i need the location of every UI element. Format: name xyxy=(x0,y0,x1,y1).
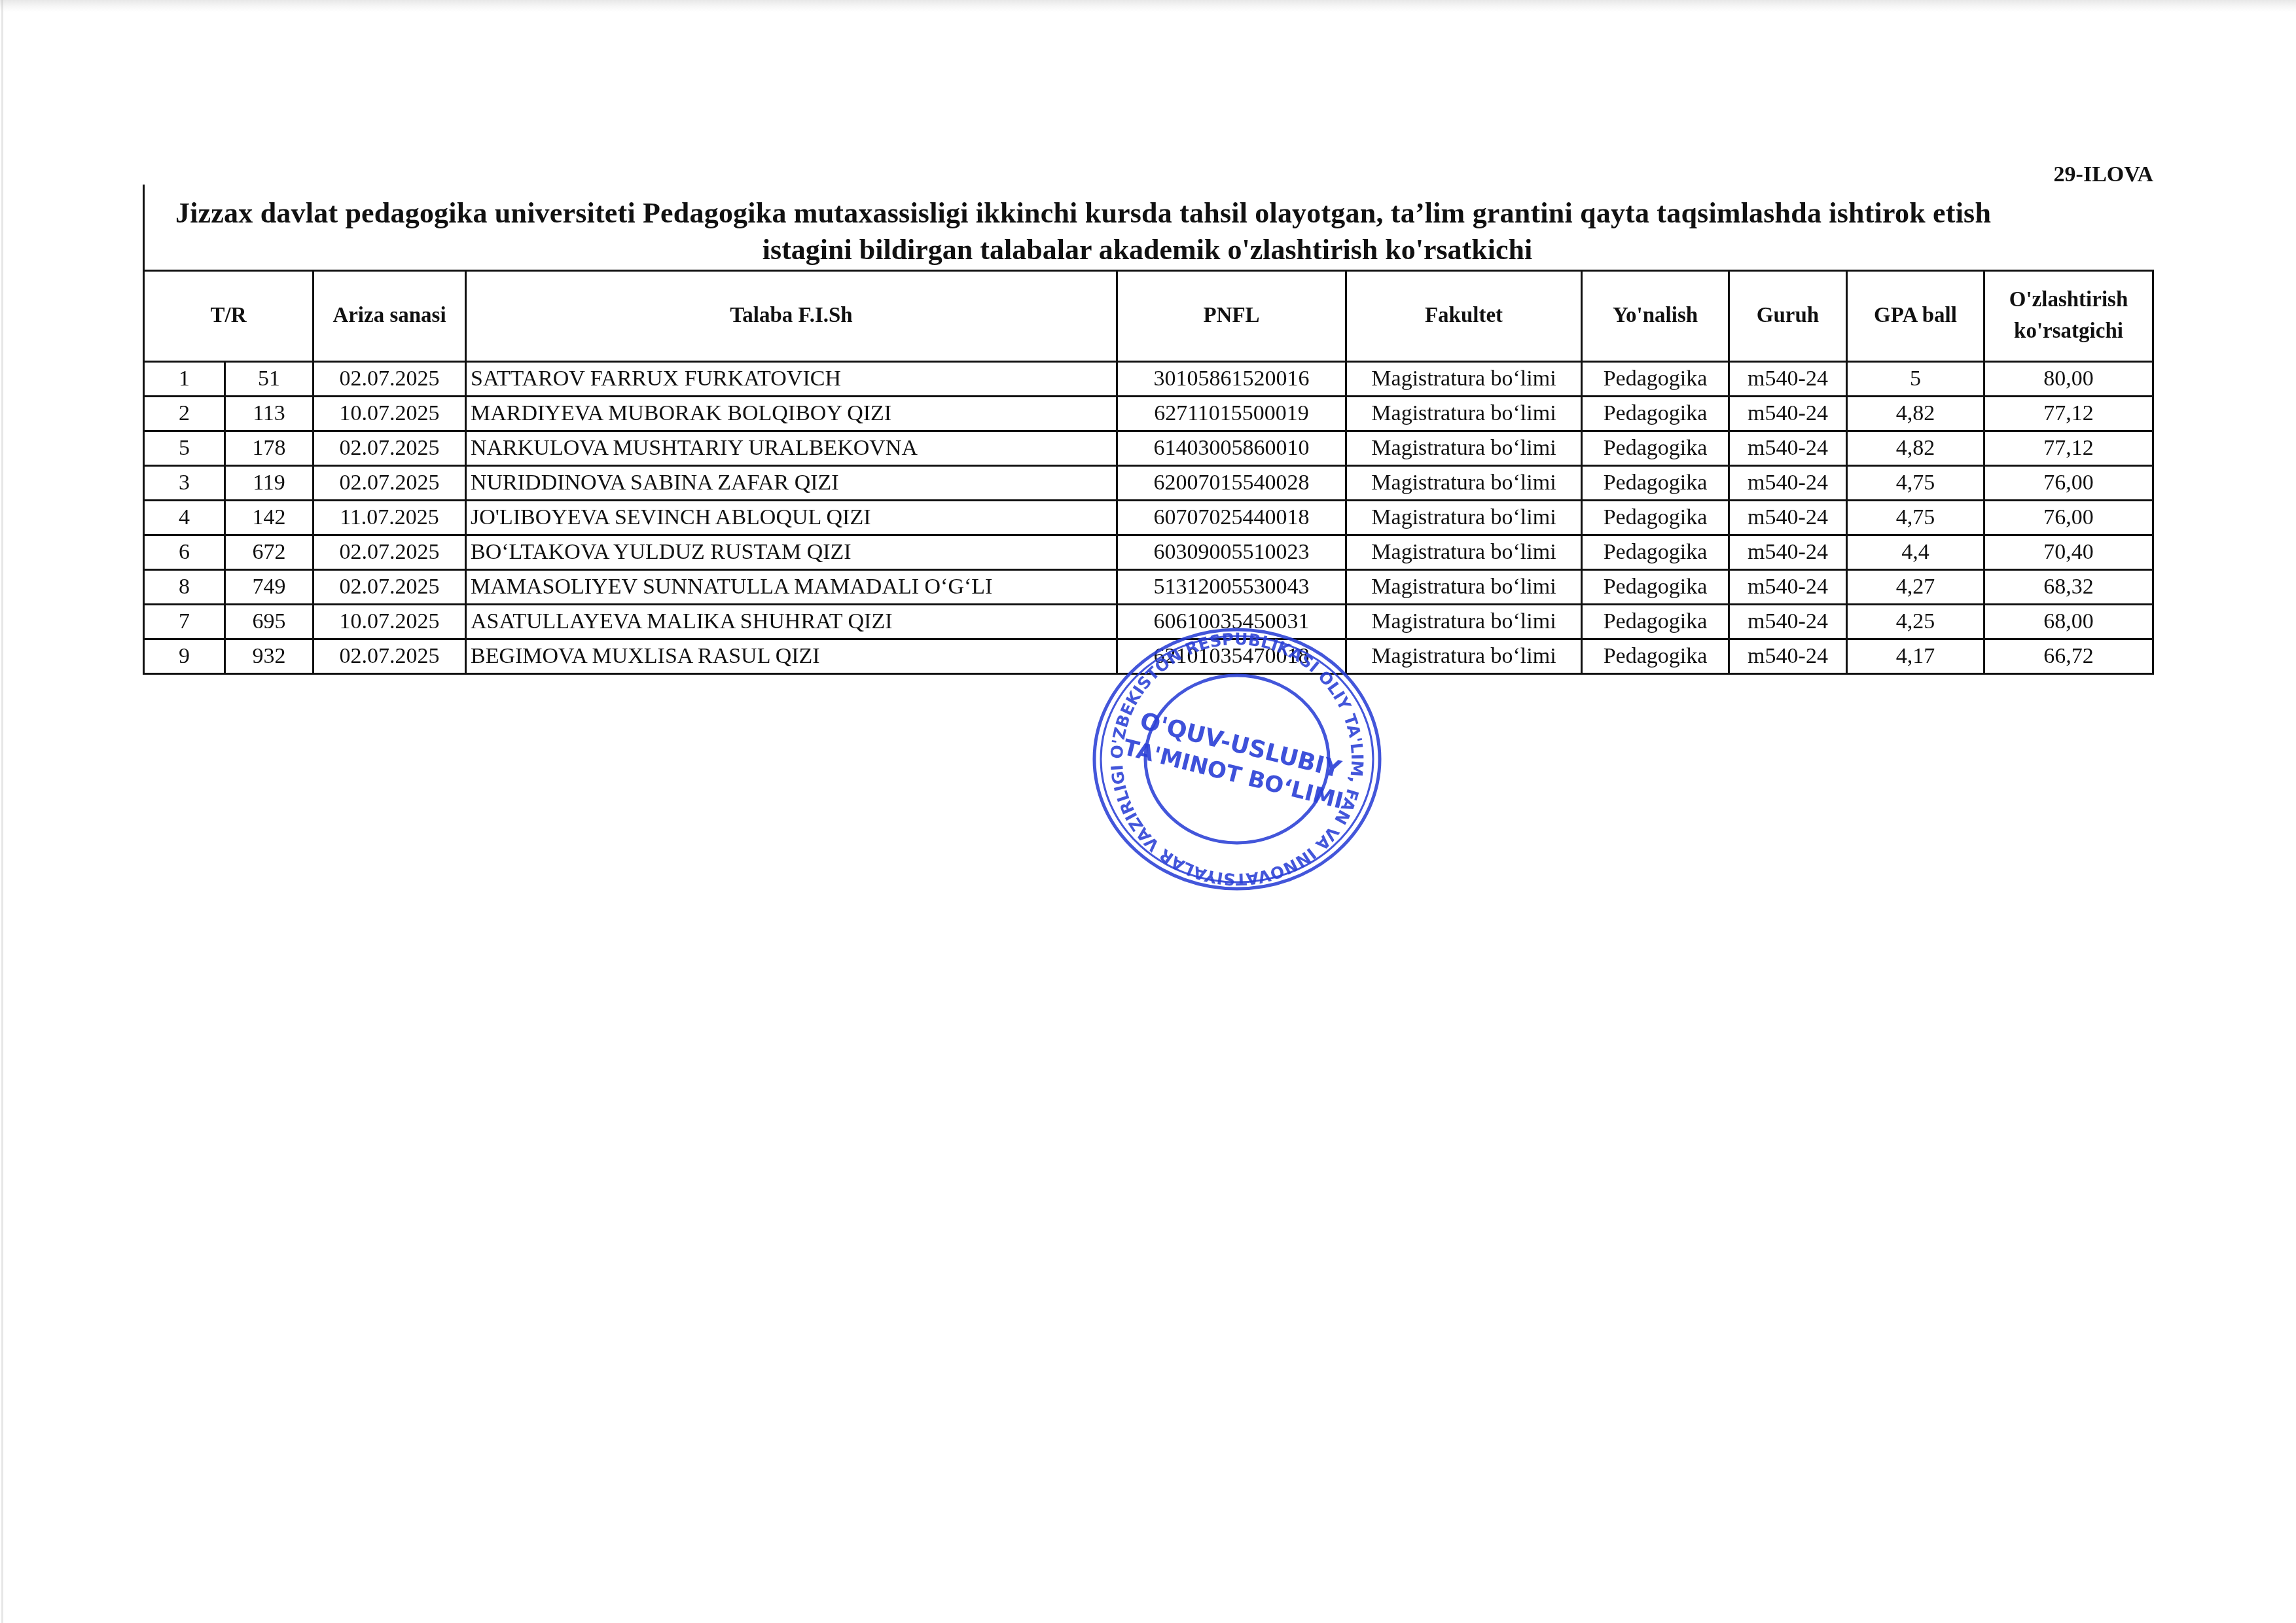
cell-application-number: 178 xyxy=(225,431,314,466)
header-score-line2: ko'rsatgichi xyxy=(2014,319,2123,343)
cell-application-date: 02.07.2025 xyxy=(314,535,466,570)
cell-pnfl: 60707025440018 xyxy=(1117,501,1346,535)
cell-gpa: 4,4 xyxy=(1847,535,1984,570)
cell-gpa: 4,75 xyxy=(1847,501,1984,535)
cell-direction: Pedagogika xyxy=(1582,397,1729,431)
cell-application-number: 695 xyxy=(225,605,314,639)
cell-student-name: NARKULOVA MUSHTARIY URALBEKOVNA xyxy=(466,431,1117,466)
cell-group: m540-24 xyxy=(1729,397,1847,431)
cell-student-name: SATTAROV FARRUX FURKATOVICH xyxy=(466,362,1117,397)
table-row: 311902.07.2025NURIDDINOVA SABINA ZAFAR Q… xyxy=(144,466,2153,501)
cell-faculty: Magistratura bo‘limi xyxy=(1346,466,1582,501)
cell-score: 77,12 xyxy=(1984,397,2153,431)
table-row: 414211.07.2025JO'LIBOYEVA SEVINCH ABLOQU… xyxy=(144,501,2153,535)
table-row: 211310.07.2025MARDIYEVA MUBORAK BOLQIBOY… xyxy=(144,397,2153,431)
cell-application-number: 119 xyxy=(225,466,314,501)
cell-group: m540-24 xyxy=(1729,501,1847,535)
official-stamp: O'ZBEKISTON RESPUBLIKASI OLIY TA'LIM, FA… xyxy=(1086,625,1388,893)
cell-direction: Pedagogika xyxy=(1582,501,1729,535)
header-faculty: Fakultet xyxy=(1346,271,1582,362)
cell-gpa: 4,75 xyxy=(1847,466,1984,501)
cell-student-name: BEGIMOVA MUXLISA RASUL QIZI xyxy=(466,639,1117,674)
cell-application-number: 142 xyxy=(225,501,314,535)
students-table: T/R Ariza sanasi Talaba F.I.Sh PNFL Faku… xyxy=(143,270,2154,675)
header-pnfl: PNFL xyxy=(1117,271,1346,362)
cell-score: 76,00 xyxy=(1984,501,2153,535)
scan-edge-shadow xyxy=(0,0,2296,12)
table-row: 874902.07.2025MAMASOLIYEV SUNNATULLA MAM… xyxy=(144,570,2153,605)
cell-row-number: 7 xyxy=(144,605,225,639)
cell-pnfl: 62711015500019 xyxy=(1117,397,1346,431)
header-score-line1: O'zlashtirish xyxy=(2009,288,2128,312)
document-title-line1: Jizzax davlat pedagogika universiteti Pe… xyxy=(175,196,2178,230)
cell-application-number: 932 xyxy=(225,639,314,674)
cell-student-name: ASATULLAYEVA MALIKA SHUHRAT QIZI xyxy=(466,605,1117,639)
cell-student-name: NURIDDINOVA SABINA ZAFAR QIZI xyxy=(466,466,1117,501)
cell-faculty: Magistratura bo‘limi xyxy=(1346,362,1582,397)
cell-gpa: 4,82 xyxy=(1847,431,1984,466)
cell-score: 68,00 xyxy=(1984,605,2153,639)
cell-direction: Pedagogika xyxy=(1582,431,1729,466)
cell-faculty: Magistratura bo‘limi xyxy=(1346,570,1582,605)
cell-direction: Pedagogika xyxy=(1582,535,1729,570)
cell-faculty: Magistratura bo‘limi xyxy=(1346,397,1582,431)
document-title-line2: istagini bildirgan talabalar akademik o'… xyxy=(143,233,2152,266)
header-direction: Yo'nalish xyxy=(1582,271,1729,362)
cell-direction: Pedagogika xyxy=(1582,466,1729,501)
header-tr: T/R xyxy=(144,271,314,362)
cell-pnfl: 60309005510023 xyxy=(1117,535,1346,570)
cell-row-number: 9 xyxy=(144,639,225,674)
cell-direction: Pedagogika xyxy=(1582,639,1729,674)
cell-gpa: 5 xyxy=(1847,362,1984,397)
cell-direction: Pedagogika xyxy=(1582,570,1729,605)
table-header-row: T/R Ariza sanasi Talaba F.I.Sh PNFL Faku… xyxy=(144,271,2153,362)
cell-row-number: 3 xyxy=(144,466,225,501)
cell-group: m540-24 xyxy=(1729,605,1847,639)
cell-pnfl: 62007015540028 xyxy=(1117,466,1346,501)
cell-pnfl: 51312005530043 xyxy=(1117,570,1346,605)
cell-student-name: MARDIYEVA MUBORAK BOLQIBOY QIZI xyxy=(466,397,1117,431)
cell-application-number: 672 xyxy=(225,535,314,570)
header-group: Guruh xyxy=(1729,271,1847,362)
cell-row-number: 5 xyxy=(144,431,225,466)
cell-gpa: 4,25 xyxy=(1847,605,1984,639)
header-score: O'zlashtirish ko'rsatgichi xyxy=(1984,271,2153,362)
cell-application-date: 02.07.2025 xyxy=(314,466,466,501)
header-date: Ariza sanasi xyxy=(314,271,466,362)
cell-group: m540-24 xyxy=(1729,466,1847,501)
cell-row-number: 6 xyxy=(144,535,225,570)
cell-application-date: 02.07.2025 xyxy=(314,639,466,674)
cell-score: 76,00 xyxy=(1984,466,2153,501)
cell-application-date: 10.07.2025 xyxy=(314,397,466,431)
cell-group: m540-24 xyxy=(1729,431,1847,466)
table-row: 15102.07.2025SATTAROV FARRUX FURKATOVICH… xyxy=(144,362,2153,397)
cell-score: 68,32 xyxy=(1984,570,2153,605)
cell-application-date: 02.07.2025 xyxy=(314,362,466,397)
cell-score: 80,00 xyxy=(1984,362,2153,397)
cell-group: m540-24 xyxy=(1729,639,1847,674)
cell-direction: Pedagogika xyxy=(1582,605,1729,639)
cell-group: m540-24 xyxy=(1729,570,1847,605)
cell-application-date: 10.07.2025 xyxy=(314,605,466,639)
table-row: 667202.07.2025BO‘LTAKOVA YULDUZ RUSTAM Q… xyxy=(144,535,2153,570)
header-gpa: GPA ball xyxy=(1847,271,1984,362)
cell-application-number: 749 xyxy=(225,570,314,605)
cell-student-name: JO'LIBOYEVA SEVINCH ABLOQUL QIZI xyxy=(466,501,1117,535)
annex-label: 29-ILOVA xyxy=(2016,162,2153,187)
cell-row-number: 2 xyxy=(144,397,225,431)
cell-faculty: Magistratura bo‘limi xyxy=(1346,431,1582,466)
cell-row-number: 4 xyxy=(144,501,225,535)
cell-pnfl: 30105861520016 xyxy=(1117,362,1346,397)
table-row: 517802.07.2025NARKULOVA MUSHTARIY URALBE… xyxy=(144,431,2153,466)
cell-score: 77,12 xyxy=(1984,431,2153,466)
cell-application-date: 11.07.2025 xyxy=(314,501,466,535)
cell-direction: Pedagogika xyxy=(1582,362,1729,397)
cell-group: m540-24 xyxy=(1729,535,1847,570)
cell-faculty: Magistratura bo‘limi xyxy=(1346,535,1582,570)
scan-left-edge xyxy=(1,0,3,1623)
cell-student-name: BO‘LTAKOVA YULDUZ RUSTAM QIZI xyxy=(466,535,1117,570)
header-name: Talaba F.I.Sh xyxy=(466,271,1117,362)
cell-gpa: 4,17 xyxy=(1847,639,1984,674)
cell-row-number: 1 xyxy=(144,362,225,397)
cell-student-name: MAMASOLIYEV SUNNATULLA MAMADALI O‘G‘LI xyxy=(466,570,1117,605)
cell-row-number: 8 xyxy=(144,570,225,605)
cell-application-number: 113 xyxy=(225,397,314,431)
cell-group: m540-24 xyxy=(1729,362,1847,397)
cell-gpa: 4,27 xyxy=(1847,570,1984,605)
cell-score: 66,72 xyxy=(1984,639,2153,674)
cell-application-number: 51 xyxy=(225,362,314,397)
cell-faculty: Magistratura bo‘limi xyxy=(1346,501,1582,535)
cell-application-date: 02.07.2025 xyxy=(314,570,466,605)
cell-score: 70,40 xyxy=(1984,535,2153,570)
cell-gpa: 4,82 xyxy=(1847,397,1984,431)
cell-pnfl: 61403005860010 xyxy=(1117,431,1346,466)
cell-application-date: 02.07.2025 xyxy=(314,431,466,466)
